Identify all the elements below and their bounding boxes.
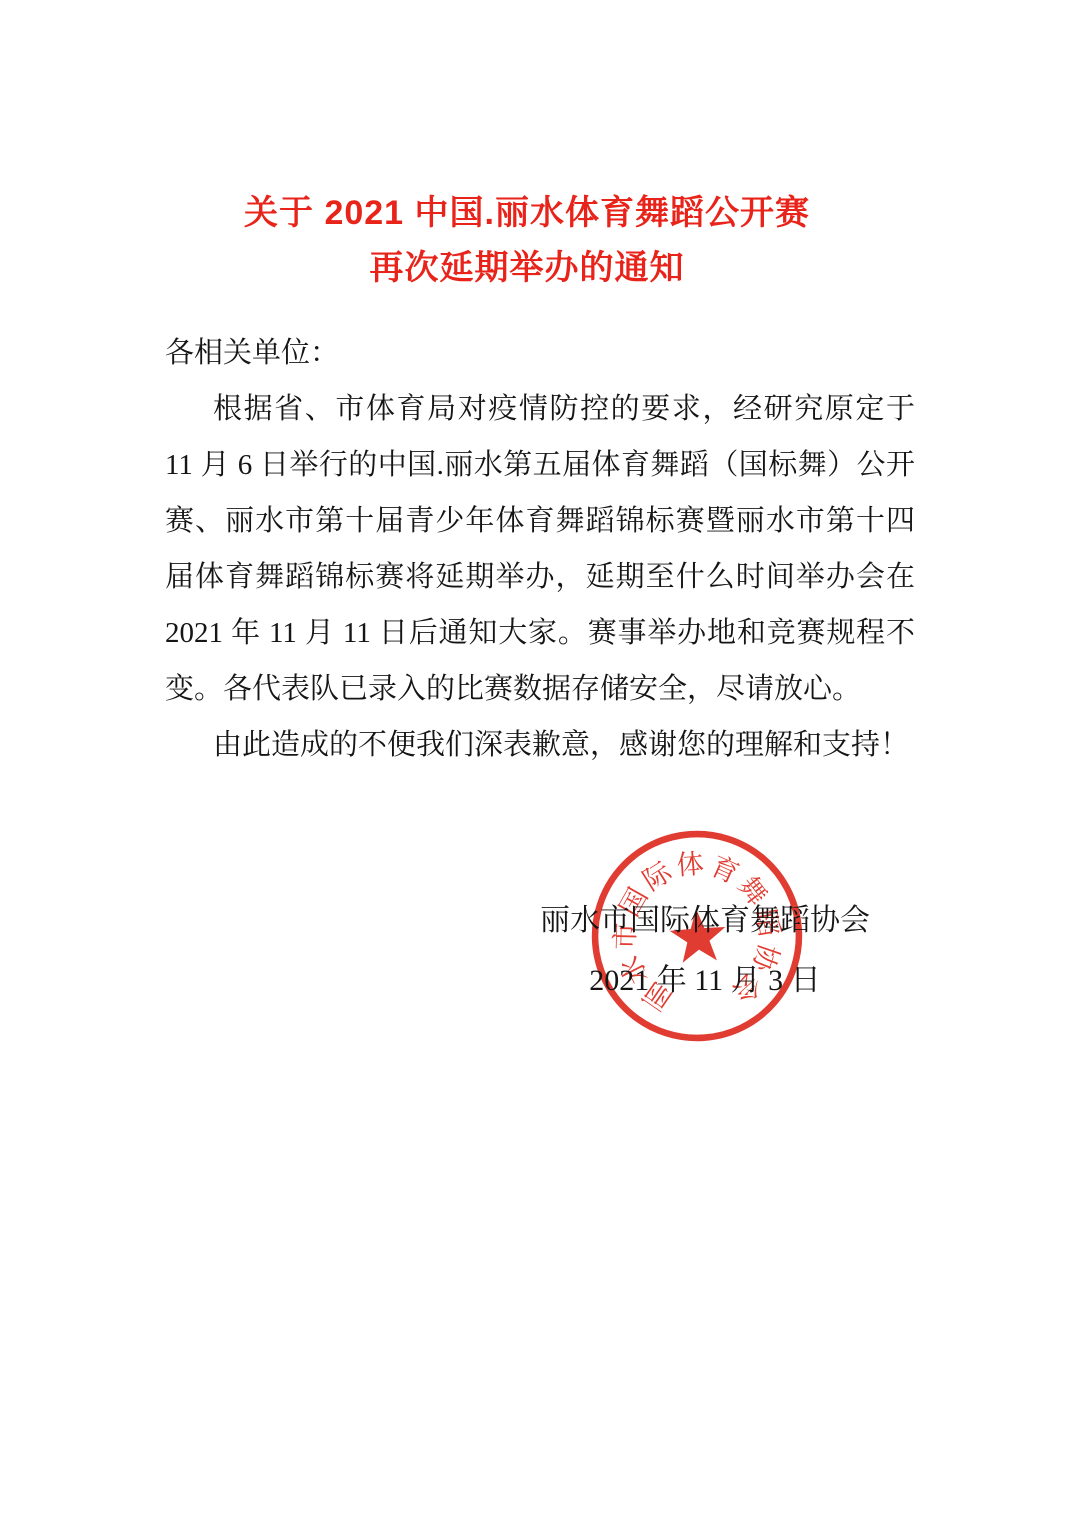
signature-organization: 丽水市国际体育舞蹈协会 — [365, 903, 1045, 939]
notice-body: 各相关单位： 根据省、市体育局对疫情防控的要求，经研究原定于 11 月 6 日举… — [165, 325, 915, 773]
body-paragraph-1: 根据省、市体育局对疫情防控的要求，经研究原定于 11 月 6 日举行的中国.丽水… — [165, 381, 915, 717]
salutation: 各相关单位： — [165, 325, 915, 381]
notice-page: 关于 2021 中国.丽水体育舞蹈公开赛 再次延期举办的通知 各相关单位： 根据… — [0, 0, 1080, 1527]
notice-title: 关于 2021 中国.丽水体育舞蹈公开赛 再次延期举办的通知 — [165, 186, 889, 296]
notice-title-line1: 关于 2021 中国.丽水体育舞蹈公开赛 — [165, 186, 889, 241]
signature-date: 2021 年 11 月 3 日 — [365, 963, 1045, 999]
notice-title-line2: 再次延期举办的通知 — [165, 241, 889, 296]
body-paragraph-2: 由此造成的不便我们深表歉意，感谢您的理解和支持！ — [165, 717, 915, 773]
